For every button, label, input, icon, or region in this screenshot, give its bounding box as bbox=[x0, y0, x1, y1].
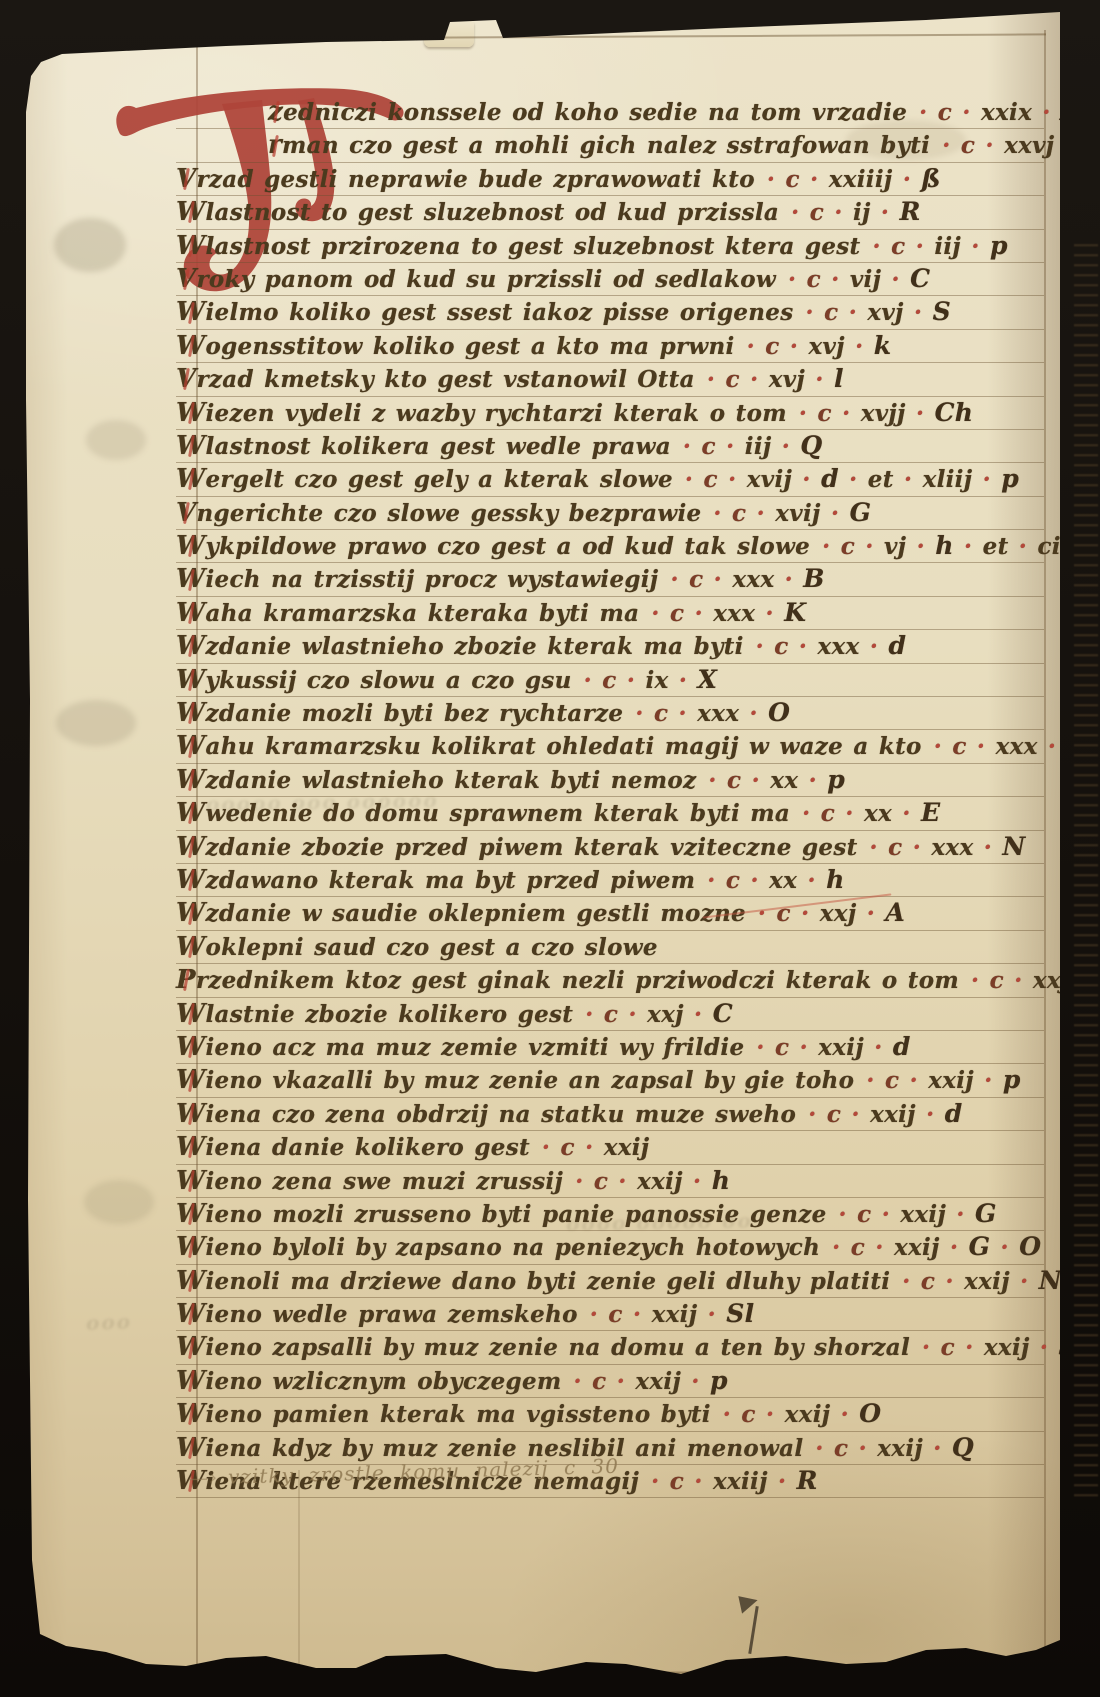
manuscript-line: Vroky panom od kud su przissli od sedlak… bbox=[176, 263, 1044, 296]
chapter-ref: · c · xxij · Sl bbox=[590, 1298, 755, 1331]
ruled-line-top bbox=[66, 33, 1046, 40]
next-page-edge bbox=[1066, 34, 1100, 1697]
chapter-ref: · c · xxx · d bbox=[756, 630, 907, 663]
chapter-ref: · c · xvj · l bbox=[707, 363, 844, 396]
manuscript-line: Wzdanie mozli byti bez rychtarze · c · x… bbox=[176, 697, 1044, 730]
chapter-ref: · c · xvij · d · et · xliij · p bbox=[685, 463, 1019, 496]
chapter-ref: · c · xxx · O bbox=[635, 697, 790, 730]
chapter-ref: · c · xxij · N bbox=[902, 1265, 1062, 1298]
chapter-ref: · c · xxj · C bbox=[585, 998, 733, 1031]
manuscript-line: Wielmo koliko gest ssest iakoz pisse ori… bbox=[176, 296, 1044, 329]
chapter-ref: · c · xx · p bbox=[708, 764, 845, 797]
line-text: Wzdawano kterak ma byt przed piwem bbox=[176, 864, 695, 897]
line-text: zedniczi konssele od koho sedie na tom v… bbox=[268, 96, 907, 129]
chapter-ref: · c · xxx · K bbox=[651, 597, 806, 630]
chapter-ref: · c · vj · h · et · cix · t bbox=[822, 530, 1100, 563]
manuscript-line: Wwedenie do domu sprawnem kterak byti ma… bbox=[176, 797, 1044, 830]
line-text: Wykpildowe prawo czo gest a od kud tak s… bbox=[176, 530, 810, 563]
manuscript-line: zedniczi konssele od koho sedie na tom v… bbox=[176, 96, 1044, 129]
manuscript-line: Wahu kramarzsku kolikrat ohledati magij … bbox=[176, 730, 1044, 763]
line-text: Wlastnost kolikera gest wedle prawa bbox=[176, 430, 671, 463]
line-text: Woklepni saud czo gest a czo slowe bbox=[176, 931, 658, 964]
manuscript-line: Wieno acz ma muz zemie vzmiti wy frildie… bbox=[176, 1031, 1044, 1064]
line-text: Vrzad kmetsky kto gest vstanowil Otta bbox=[176, 363, 695, 396]
manuscript-line: Wiech na trzisstij procz wystawiegij · c… bbox=[176, 563, 1044, 596]
chapter-ref: · c · xxvj bbox=[942, 130, 1054, 162]
chapter-ref: · c · xvij · G bbox=[713, 497, 871, 530]
line-text: Wlastnost to gest sluzebnost od kud przi… bbox=[176, 196, 779, 229]
chapter-ref: · c · xvj · k bbox=[747, 330, 892, 363]
chapter-ref: · c · xxij · G · O bbox=[832, 1231, 1041, 1264]
line-text: Wzdanie wlastnieho kterak byti nemoz bbox=[176, 764, 696, 797]
chapter-ref: · c · xx · h bbox=[707, 864, 844, 897]
chapter-ref: · c · iij · p bbox=[872, 230, 1007, 263]
chapter-ref: · c · iij · Q bbox=[683, 430, 823, 463]
chapter-ref: · c · xxij · d bbox=[756, 1031, 910, 1064]
line-text: Wieno byloli by zapsano na peniezych hot… bbox=[176, 1231, 820, 1264]
manuscript-line: Wykpildowe prawo czo gest a od kud tak s… bbox=[176, 530, 1044, 563]
line-text: Wieno pamien kterak ma vgissteno byti bbox=[176, 1398, 711, 1431]
manuscript-line: Wzdanie zbozie przed piwem kterak vzitec… bbox=[176, 831, 1044, 864]
chapter-ref: · c · xxiiij · ß bbox=[767, 163, 941, 196]
chapter-ref: · c · xxij · O bbox=[723, 1398, 882, 1431]
chapter-ref: · c · xxij · G bbox=[839, 1198, 997, 1231]
manuscript-line: Vrzad gestli neprawie bude zprawowati kt… bbox=[176, 163, 1044, 196]
line-text: Wlastnost przirozena to gest sluzebnost … bbox=[176, 230, 860, 263]
chapter-ref: · c · ij · R bbox=[791, 196, 921, 229]
line-text: Wieno acz ma muz zemie vzmiti wy frildie bbox=[176, 1031, 744, 1064]
line-text: Wogensstitow koliko gest a kto ma prwni bbox=[176, 330, 735, 363]
manuscript-line: Wieno pamien kterak ma vgissteno byti · … bbox=[176, 1398, 1044, 1431]
manuscript-line: Wzdanie wlastnieho kterak byti nemoz · c… bbox=[176, 764, 1044, 797]
manuscript-line: Wieno wzlicznym obyczegem · c · xxij · p bbox=[176, 1365, 1044, 1398]
chapter-ref: · c · xxij · h bbox=[575, 1165, 730, 1198]
ruled-line-bottom bbox=[36, 1670, 1046, 1676]
line-text: Wwedenie do domu sprawnem kterak byti ma bbox=[176, 797, 790, 830]
line-text: Wiena czo zena obdrzij na statku muze sw… bbox=[176, 1098, 796, 1131]
manuscript-line: Wieno zapsalli by muz zenie na domu a te… bbox=[176, 1331, 1044, 1364]
manuscript-line: Wieno zena swe muzi zrussij · c · xxij ·… bbox=[176, 1165, 1044, 1198]
line-text: Wieno wedle prawa zemskeho bbox=[176, 1298, 578, 1331]
line-text: Vngerichte czo slowe gessky bezprawie bbox=[176, 497, 701, 530]
manuscript-line: Wzdanie w saudie oklepniem gestli mozne … bbox=[176, 897, 1044, 930]
line-text: Wiezen vydeli z wazby rychtarzi kterak o… bbox=[176, 397, 787, 430]
parchment-index-tab bbox=[424, 21, 474, 47]
manuscript-line: Wzdawano kterak ma byt przed piwem · c ·… bbox=[176, 864, 1044, 897]
manuscript-page: ooooo ooo oooooo oooo ooooo oo ooo zedni… bbox=[26, 0, 1060, 1697]
ruled-margin-right bbox=[1044, 30, 1046, 1670]
manuscript-line: Wlastnost kolikera gest wedle prawa · c … bbox=[176, 430, 1044, 463]
manuscript-line: Wiena danie kolikero gest · c · xxij bbox=[176, 1131, 1044, 1164]
line-text: Vroky panom od kud su przissli od sedlak… bbox=[176, 263, 776, 296]
chapter-ref: · c · xxx · B bbox=[670, 563, 824, 596]
manuscript-line: Wlastnost to gest sluzebnost od kud przi… bbox=[176, 196, 1044, 229]
line-text: Wzdanie mozli byti bez rychtarze bbox=[176, 697, 623, 730]
line-text: Wlastnie zbozie kolikero gest bbox=[176, 998, 573, 1031]
line-text: Wieno vkazalli by muz zenie an zapsal by… bbox=[176, 1064, 854, 1097]
chapter-ref: · c · xxij · p bbox=[574, 1365, 728, 1398]
chapter-ref: · c · xxx · X bbox=[934, 730, 1087, 763]
line-text: Wieno zapsalli by muz zenie na domu a te… bbox=[176, 1331, 910, 1364]
manuscript-line: Woklepni saud czo gest a czo slowe bbox=[176, 931, 1044, 964]
chapter-ref: · c · ix · X bbox=[584, 664, 718, 697]
line-text: Przednikem ktoz gest ginak nezli prziwod… bbox=[176, 964, 959, 997]
line-text: Vrzad gestli neprawie bude zprawowati kt… bbox=[176, 163, 755, 196]
manuscript-line: Wienoli ma drziewe dano byti zenie geli … bbox=[176, 1265, 1044, 1298]
manuscript-line: Wieno mozli zrusseno byti panie panossie… bbox=[176, 1198, 1044, 1231]
manuscript-line: Wogensstitow koliko gest a kto ma prwni … bbox=[176, 330, 1044, 363]
chapter-ref: · c · xvj · S bbox=[806, 296, 951, 329]
line-text: Wzdanie wlastnieho zbozie kterak ma byti bbox=[176, 630, 744, 663]
chapter-ref: · c · vij · C bbox=[788, 263, 930, 296]
manuscript-line: Wieno wedle prawa zemskeho · c · xxij · … bbox=[176, 1298, 1044, 1331]
manuscript-line: Wykussij czo slowu a czo gsu · c · ix · … bbox=[176, 664, 1044, 697]
catchword-mark bbox=[748, 1606, 758, 1654]
line-text: Waha kramarzska kteraka byti ma bbox=[176, 597, 639, 630]
chapter-ref: · c · xx · E bbox=[802, 797, 940, 830]
manuscript-line: Wlastnie zbozie kolikero gest · c · xxj … bbox=[176, 998, 1044, 1031]
parchment-crease bbox=[298, 1470, 300, 1680]
manuscript-line: Wergelt czo gest gely a kterak slowe · c… bbox=[176, 463, 1044, 496]
line-text: Wzdanie zbozie przed piwem kterak vzitec… bbox=[176, 831, 858, 864]
line-text: Wiena danie kolikero gest bbox=[176, 1131, 530, 1164]
manuscript-line: Wiezen vydeli z wazby rychtarzi kterak o… bbox=[176, 397, 1044, 430]
next-page-text-lines bbox=[1074, 244, 1098, 1504]
chapter-ref: · c · xxij bbox=[542, 1132, 650, 1164]
line-text: Wykussij czo slowu a czo gsu bbox=[176, 664, 572, 697]
line-text: Wiech na trzisstij procz wystawiegij bbox=[176, 563, 658, 596]
manuscript-line: Vrzad kmetsky kto gest vstanowil Otta · … bbox=[176, 363, 1044, 396]
chapter-ref: · c · xxix · A bbox=[919, 96, 1081, 129]
manuscript-line: Wiena czo zena obdrzij na statku muze sw… bbox=[176, 1098, 1044, 1131]
index-line-list: zedniczi konssele od koho sedie na tom v… bbox=[176, 96, 1044, 1498]
line-text: Wieno zena swe muzi zrussij bbox=[176, 1165, 563, 1198]
line-text: Wielmo koliko gest ssest iakoz pisse ori… bbox=[176, 296, 794, 329]
catchword-mark-head bbox=[738, 1592, 759, 1613]
show-through-smudge bbox=[84, 1180, 154, 1224]
line-text: Wieno wzlicznym obyczegem bbox=[176, 1365, 562, 1398]
chapter-ref: · c · xxij · Q bbox=[815, 1432, 974, 1465]
manuscript-line: Wzdanie wlastnieho zbozie kterak ma byti… bbox=[176, 630, 1044, 663]
manuscript-line: Wlastnost przirozena to gest sluzebnost … bbox=[176, 230, 1044, 263]
manuscript-line: Waha kramarzska kteraka byti ma · c · xx… bbox=[176, 597, 1044, 630]
manuscript-line: Vngerichte czo slowe gessky bezprawie · … bbox=[176, 497, 1044, 530]
show-through-text: ooo bbox=[86, 1309, 133, 1335]
chapter-ref: · c · xvjj · Ch bbox=[799, 397, 973, 430]
manuscript-line: Przednikem ktoz gest ginak nezli prziwod… bbox=[176, 964, 1044, 997]
line-text: Wahu kramarzsku kolikrat ohledati magij … bbox=[176, 730, 922, 763]
line-text: Wieno mozli zrusseno byti panie panossie… bbox=[176, 1198, 827, 1231]
show-through-smudge bbox=[86, 420, 146, 460]
line-text: Wergelt czo gest gely a kterak slowe bbox=[176, 463, 673, 496]
line-text: Wzdanie w saudie oklepniem gestli mozne bbox=[176, 897, 746, 930]
manuscript-line: rman czo gest a mohli gich nalez sstrafo… bbox=[176, 129, 1044, 162]
manuscript-line: Wieno byloli by zapsano na peniezych hot… bbox=[176, 1231, 1044, 1264]
line-text: Wienoli ma drziewe dano byti zenie geli … bbox=[176, 1265, 890, 1298]
chapter-ref: · c · xxij · p bbox=[866, 1064, 1020, 1097]
manuscript-line: Wieno vkazalli by muz zenie an zapsal by… bbox=[176, 1064, 1044, 1097]
chapter-ref: · c · xxij · d bbox=[808, 1098, 962, 1131]
chapter-ref: · c · xxx · N bbox=[870, 831, 1026, 864]
photo-background: { "page": { "description": "Medieval man… bbox=[0, 0, 1100, 1697]
show-through-smudge bbox=[56, 700, 136, 746]
line-text: rman czo gest a mohli gich nalez sstrafo… bbox=[268, 129, 930, 162]
